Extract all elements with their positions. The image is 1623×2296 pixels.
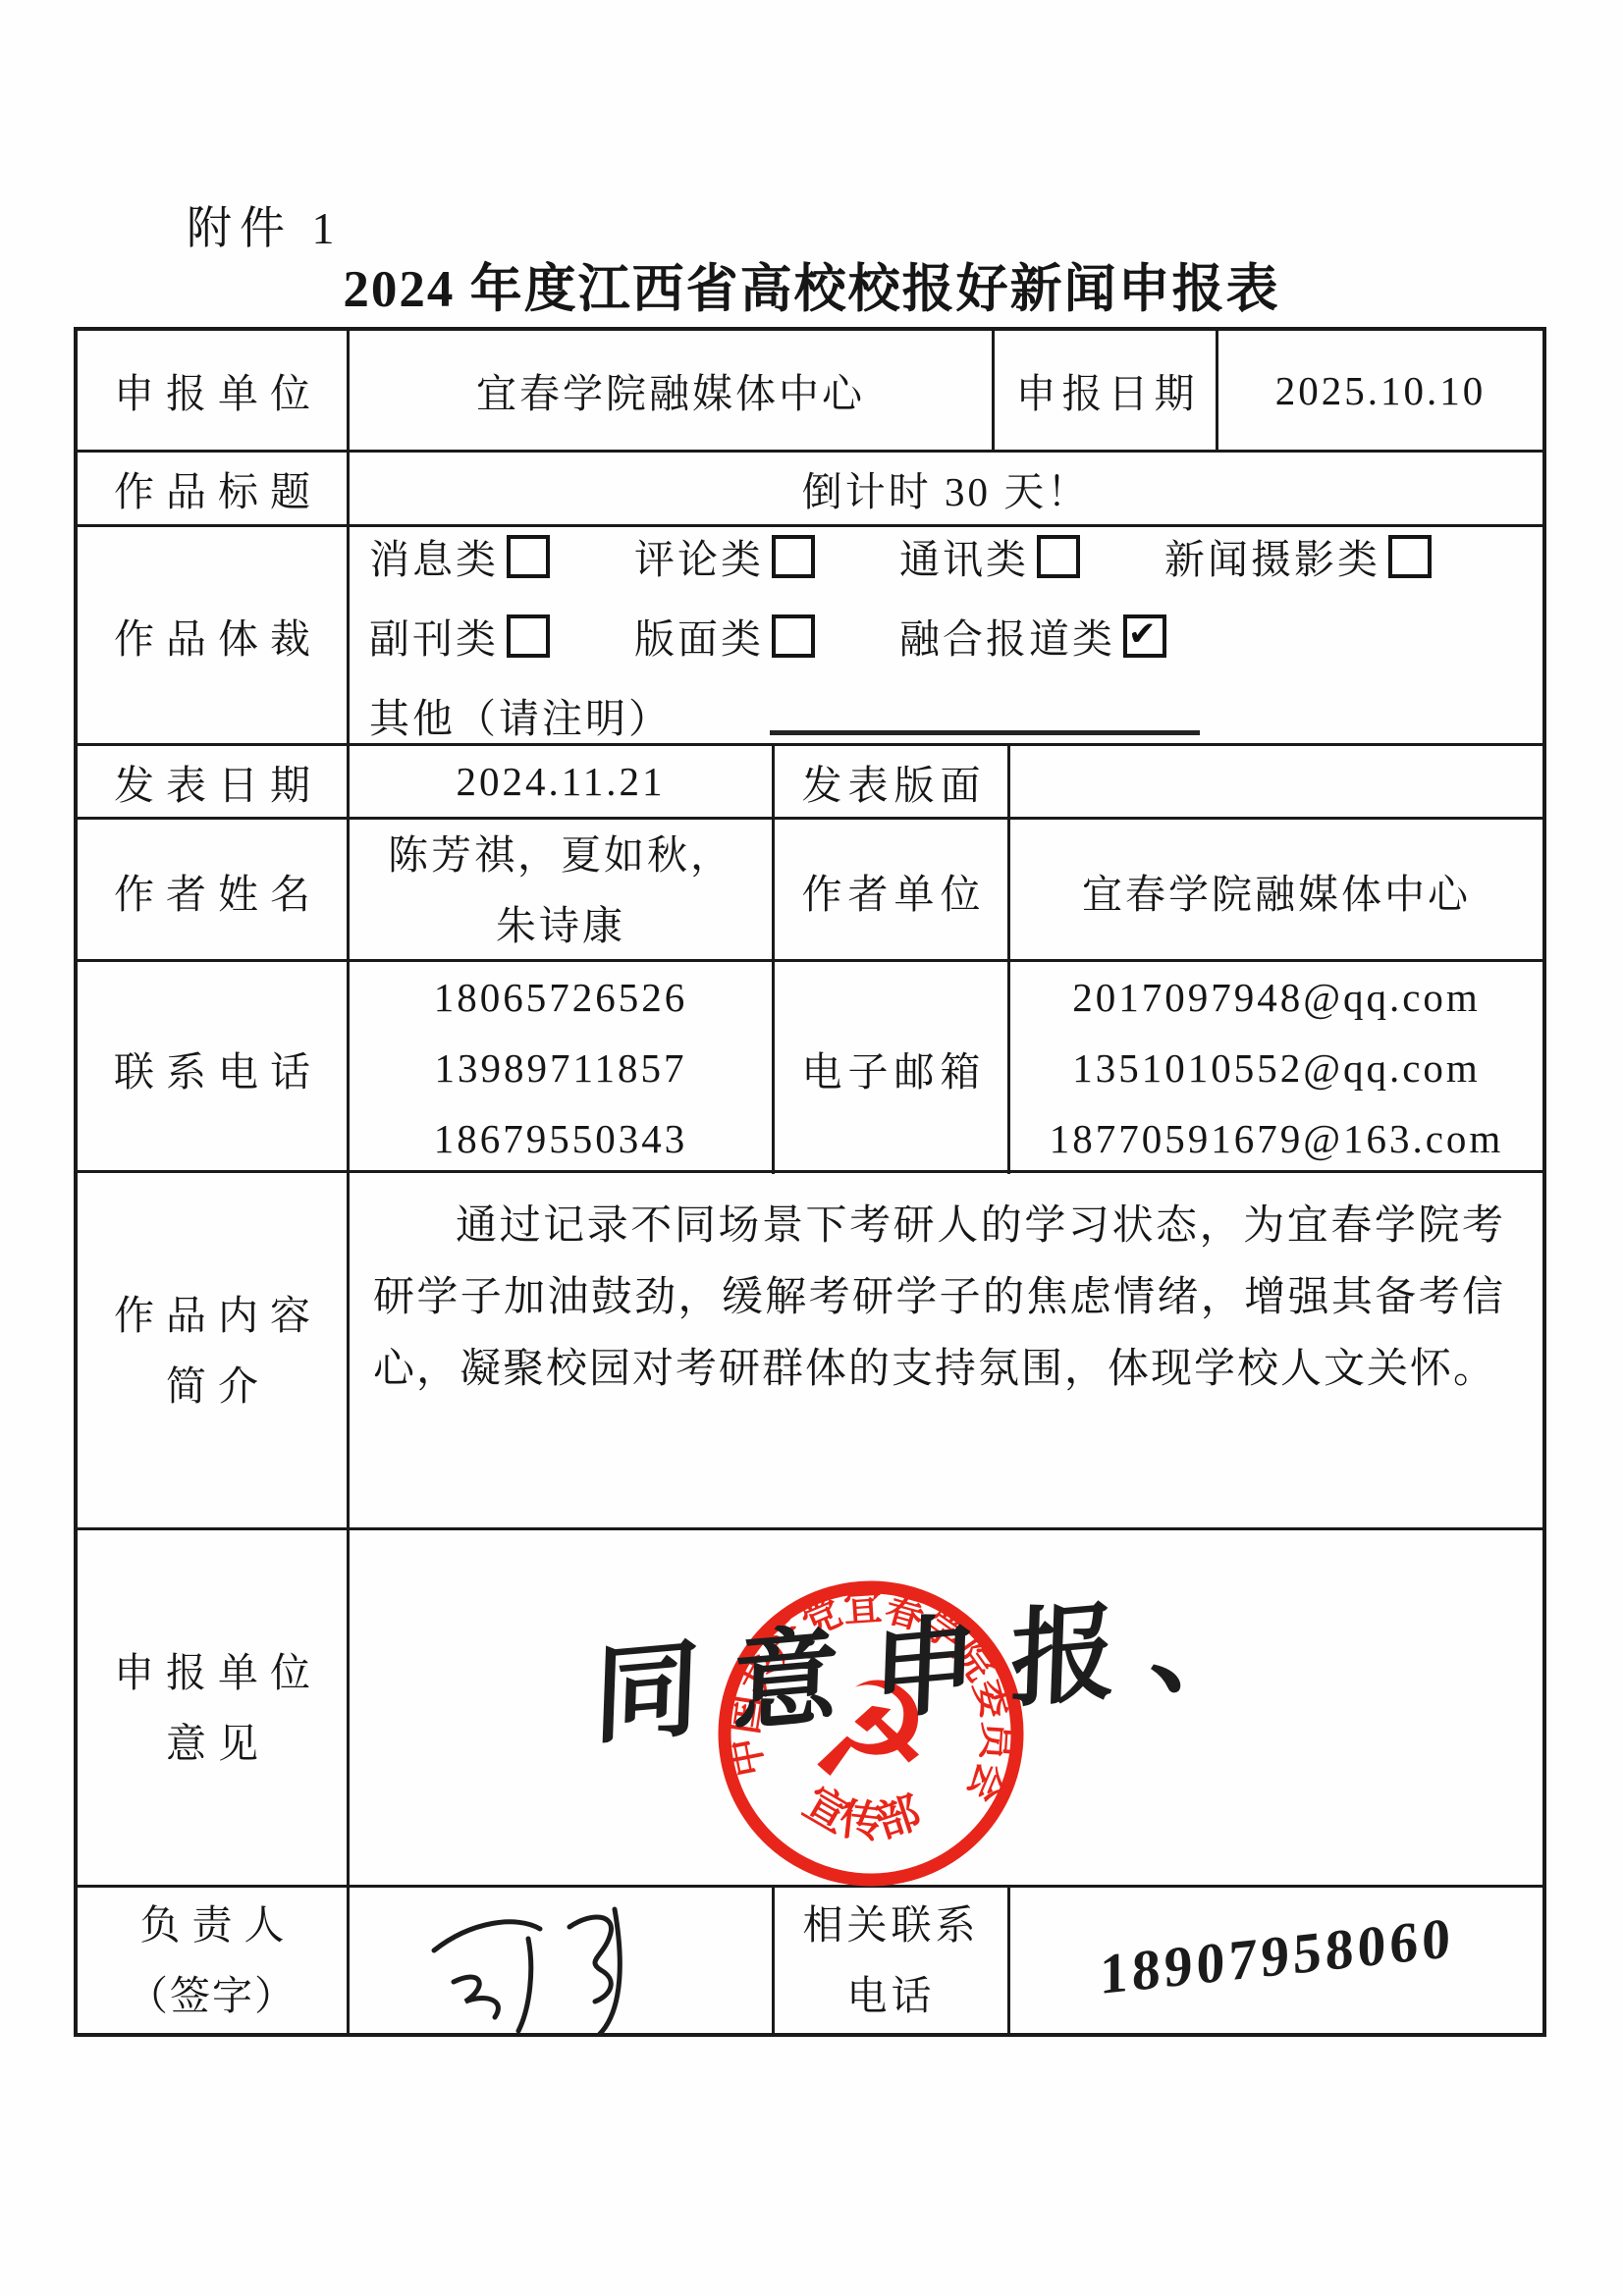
work-title-value: 倒计时 30 天！ — [350, 453, 1542, 524]
genre-option-commentary: 评论类 — [634, 527, 815, 585]
responsible-signature-cell — [350, 1888, 775, 2033]
related-contact-value-cell: 18907958060 — [1010, 1888, 1542, 2033]
supplement-checkbox — [507, 614, 550, 658]
page-title: 2024 年度江西省高校校报好新闻申报表 — [0, 247, 1623, 322]
row-contact: 联系电话 18065726526 13989711857 18679550343… — [78, 962, 1542, 1173]
publish-page-value — [1010, 746, 1542, 817]
genre-option-news: 消息类 — [369, 527, 550, 585]
phone-handwriting: 18907958060 — [1099, 1903, 1453, 2016]
summary-label-line: 作品内容 — [102, 1280, 322, 1351]
row-summary: 作品内容 简介 通过记录不同场景下考研人的学习状态，为宜春学院考研学子加油鼓劲，… — [78, 1173, 1542, 1530]
genre-option-label: 通讯类 — [899, 527, 1029, 585]
communication-checkbox — [1037, 535, 1080, 578]
authors-line: 陈芳祺，夏如秋， — [388, 820, 733, 890]
genre-option-communication: 通讯类 — [899, 527, 1080, 585]
summary-content: 通过记录不同场景下考研人的学习状态，为宜春学院考研学子加油鼓劲，缓解考研学子的焦… — [350, 1173, 1542, 1527]
genre-line-1: 消息类 评论类 通讯类 新闻摄影类 — [369, 527, 1432, 585]
responsible-label: 负责人 （签字） — [78, 1888, 350, 2033]
row-work-title: 作品标题 倒计时 30 天！ — [78, 453, 1542, 527]
row-applicant: 申报单位 宜春学院融媒体中心 申报日期 2025.10.10 — [78, 331, 1542, 453]
signature-stroke — [518, 1939, 531, 2031]
contact-phone-values: 18065726526 13989711857 18679550343 — [350, 962, 775, 1174]
email-address: 1351010552@qq.com — [1072, 1033, 1481, 1103]
fusion-report-checkbox — [1123, 614, 1166, 658]
responsible-label-line: （签字） — [128, 1960, 297, 2031]
responsible-label-line: 负责人 — [129, 1890, 297, 1960]
commentary-checkbox — [772, 535, 815, 578]
application-date-value: 2025.10.10 — [1218, 331, 1542, 450]
work-title-label: 作品标题 — [78, 453, 350, 524]
summary-text: 通过记录不同场景下考研人的学习状态，为宜春学院考研学子加油鼓劲，缓解考研学子的焦… — [373, 1191, 1505, 1406]
genre-option-label: 消息类 — [369, 527, 499, 585]
author-unit-value: 宜春学院融媒体中心 — [1010, 820, 1542, 961]
related-contact-label: 相关联系 电话 — [775, 1888, 1010, 2033]
related-contact-label-line: 电话 — [847, 1960, 936, 2031]
authors-label: 作者姓名 — [78, 820, 350, 961]
row-genre: 作品体裁 消息类 评论类 通讯类 新闻摄 — [78, 527, 1542, 746]
signature-stroke — [434, 1922, 540, 1950]
summary-label: 作品内容 简介 — [78, 1173, 350, 1527]
genre-option-fusion-report: 融合报道类 — [899, 607, 1166, 665]
opinion-label: 申报单位 意见 — [78, 1530, 350, 1885]
genre-options: 消息类 评论类 通讯类 新闻摄影类 — [350, 527, 1542, 744]
genre-option-layout: 版面类 — [634, 607, 815, 665]
genre-line-2: 副刊类 版面类 融合报道类 — [369, 607, 1166, 665]
summary-label-line: 简介 — [154, 1351, 270, 1421]
genre-option-supplement: 副刊类 — [369, 607, 550, 665]
phone-number: 13989711857 — [435, 1033, 687, 1103]
approval-handwriting: 同意申报、 — [592, 1551, 1292, 1765]
authors-line: 朱诗康 — [496, 890, 625, 961]
opinion-label-line: 申报单位 — [102, 1637, 322, 1708]
row-publish: 发表日期 2024.11.21 发表版面 — [78, 746, 1542, 820]
applicant-label: 申报单位 — [78, 331, 350, 450]
row-opinion: 申报单位 意见 中国共产党宜春学院委员会 宣传部 ☭ — [78, 1530, 1542, 1888]
scanned-form-page: 附件 1 2024 年度江西省高校校报好新闻申报表 申报单位 宜春学院融媒体中心… — [0, 0, 1623, 2296]
row-responsible: 负责人 （签字） 相关联系 电话 1890 — [78, 1888, 1542, 2033]
phone-number: 18679550343 — [434, 1103, 688, 1174]
application-date-label: 申报日期 — [995, 331, 1218, 450]
genre-option-label: 评论类 — [634, 527, 764, 585]
opinion-label-line: 意见 — [154, 1708, 270, 1779]
genre-option-label: 副刊类 — [369, 607, 499, 665]
row-authors: 作者姓名 陈芳祺，夏如秋， 朱诗康 作者单位 宜春学院融媒体中心 — [78, 820, 1542, 962]
signature-handwriting — [420, 1899, 685, 2037]
publish-date-label: 发表日期 — [78, 746, 350, 817]
opinion-content: 中国共产党宜春学院委员会 宣传部 ☭ 同意申报、 — [350, 1530, 1542, 1885]
authors-value: 陈芳祺，夏如秋， 朱诗康 — [350, 820, 775, 961]
genre-option-label: 新闻摄影类 — [1164, 527, 1380, 585]
application-form-table: 申报单位 宜春学院融媒体中心 申报日期 2025.10.10 作品标题 倒计时 … — [74, 327, 1546, 2037]
email-label: 电子邮箱 — [775, 962, 1010, 1174]
publish-date-value: 2024.11.21 — [350, 746, 775, 817]
phone-number: 18065726526 — [434, 962, 688, 1033]
author-unit-label: 作者单位 — [775, 820, 1010, 961]
genre-other-label: 其他（请注明） — [369, 686, 672, 744]
signature-stroke — [454, 1977, 498, 2017]
contact-phone-label: 联系电话 — [78, 962, 350, 1174]
applicant-value: 宜春学院融媒体中心 — [350, 331, 995, 450]
publish-page-label: 发表版面 — [775, 746, 1010, 817]
genre-option-label: 融合报道类 — [899, 607, 1115, 665]
genre-option-label: 版面类 — [634, 607, 764, 665]
email-values: 2017097948@qq.com 1351010552@qq.com 1877… — [1010, 962, 1542, 1174]
news-checkbox — [507, 535, 550, 578]
email-address: 2017097948@qq.com — [1072, 962, 1481, 1033]
genre-option-photojournalism: 新闻摄影类 — [1164, 527, 1432, 585]
photojournalism-checkbox — [1388, 535, 1432, 578]
signature-stroke — [569, 1917, 611, 2002]
layout-checkbox — [772, 614, 815, 658]
genre-line-other: 其他（请注明） — [369, 686, 1200, 744]
genre-other-blank-line — [770, 695, 1200, 735]
genre-label: 作品体裁 — [78, 527, 350, 744]
email-address: 18770591679@163.com — [1050, 1103, 1504, 1174]
